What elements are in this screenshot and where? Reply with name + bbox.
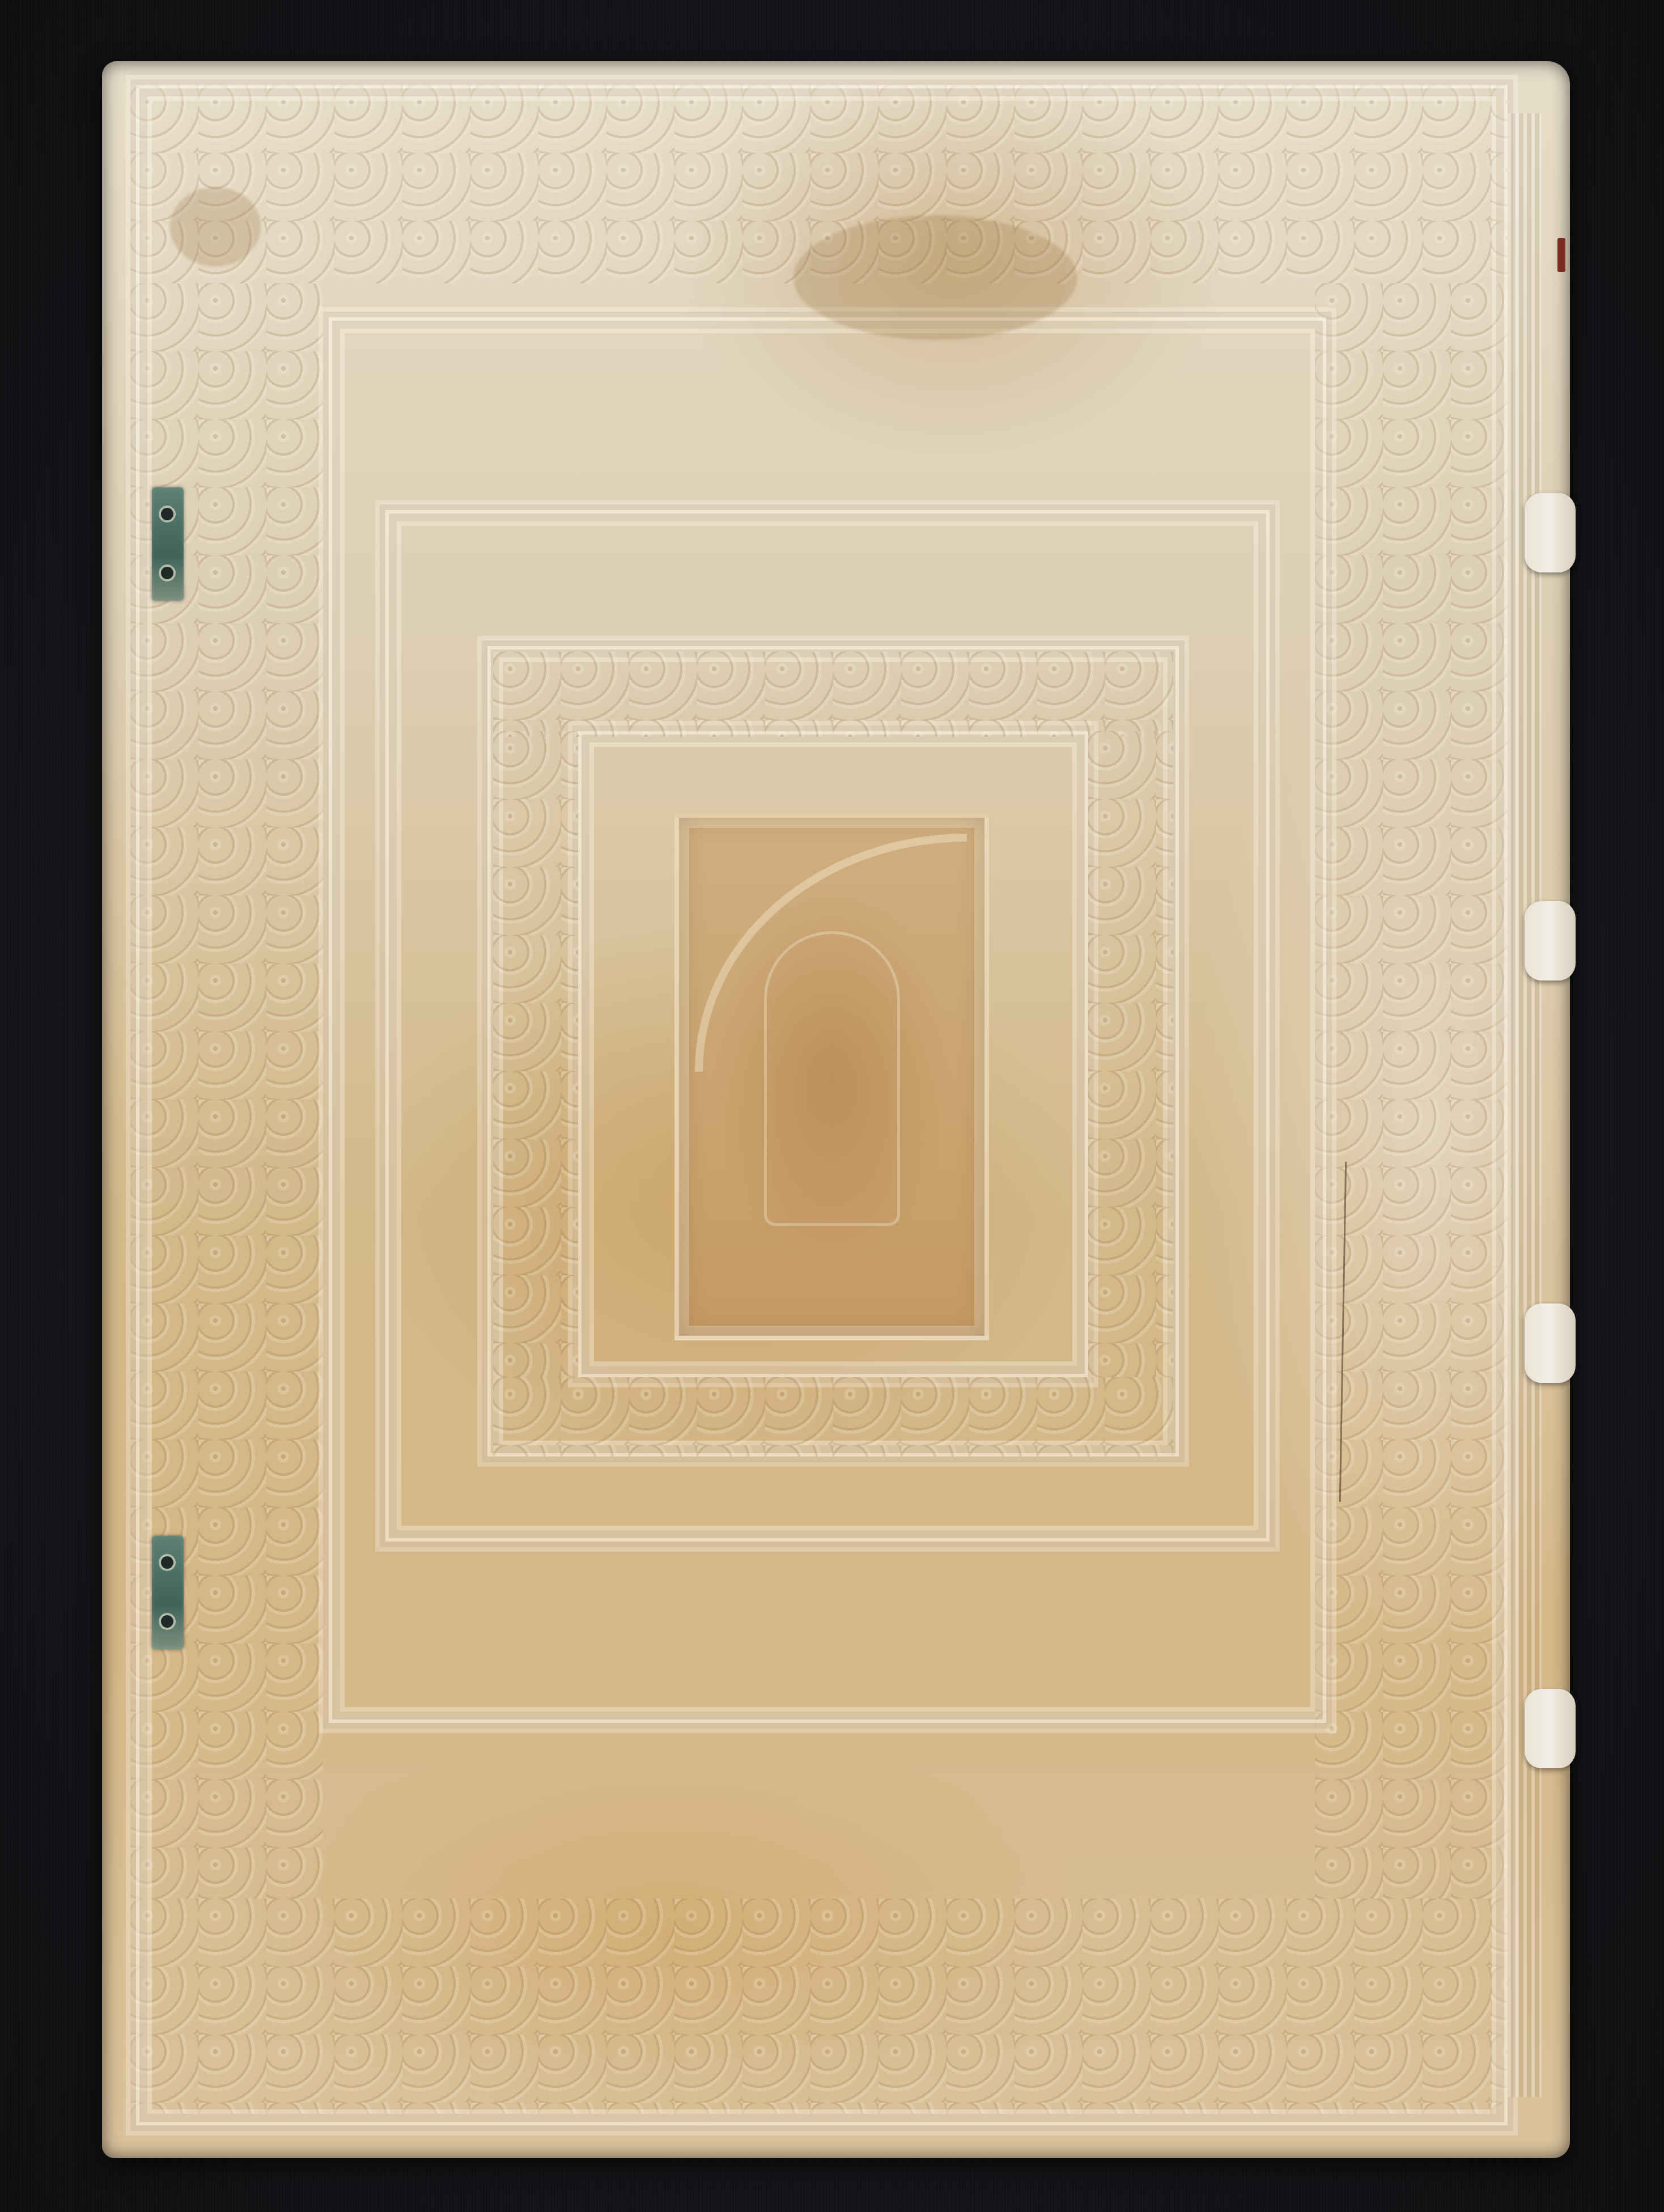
- center-figural-panel: [674, 813, 989, 1340]
- lower-clasp-plate-icon: [152, 1536, 184, 1649]
- spine-edge: [1508, 113, 1542, 2097]
- inner-bottom-roll: [493, 1377, 1173, 1457]
- spine-band: [1525, 1304, 1576, 1383]
- nail-icon: [161, 508, 173, 520]
- inner-top-roll: [493, 652, 1173, 737]
- inner-right-roll: [1088, 731, 1173, 1377]
- nail-icon: [161, 1556, 173, 1569]
- red-page-tab: [1557, 238, 1565, 272]
- nail-icon: [161, 567, 173, 579]
- stain: [170, 187, 261, 266]
- upper-clasp-plate-icon: [152, 487, 184, 601]
- spine-band: [1525, 1689, 1576, 1768]
- nail-icon: [161, 1615, 173, 1628]
- spine-band: [1525, 901, 1576, 980]
- inner-left-roll: [493, 731, 578, 1377]
- panel-figure-stamp: [764, 931, 900, 1226]
- stain: [793, 215, 1077, 340]
- spine-band: [1525, 493, 1576, 572]
